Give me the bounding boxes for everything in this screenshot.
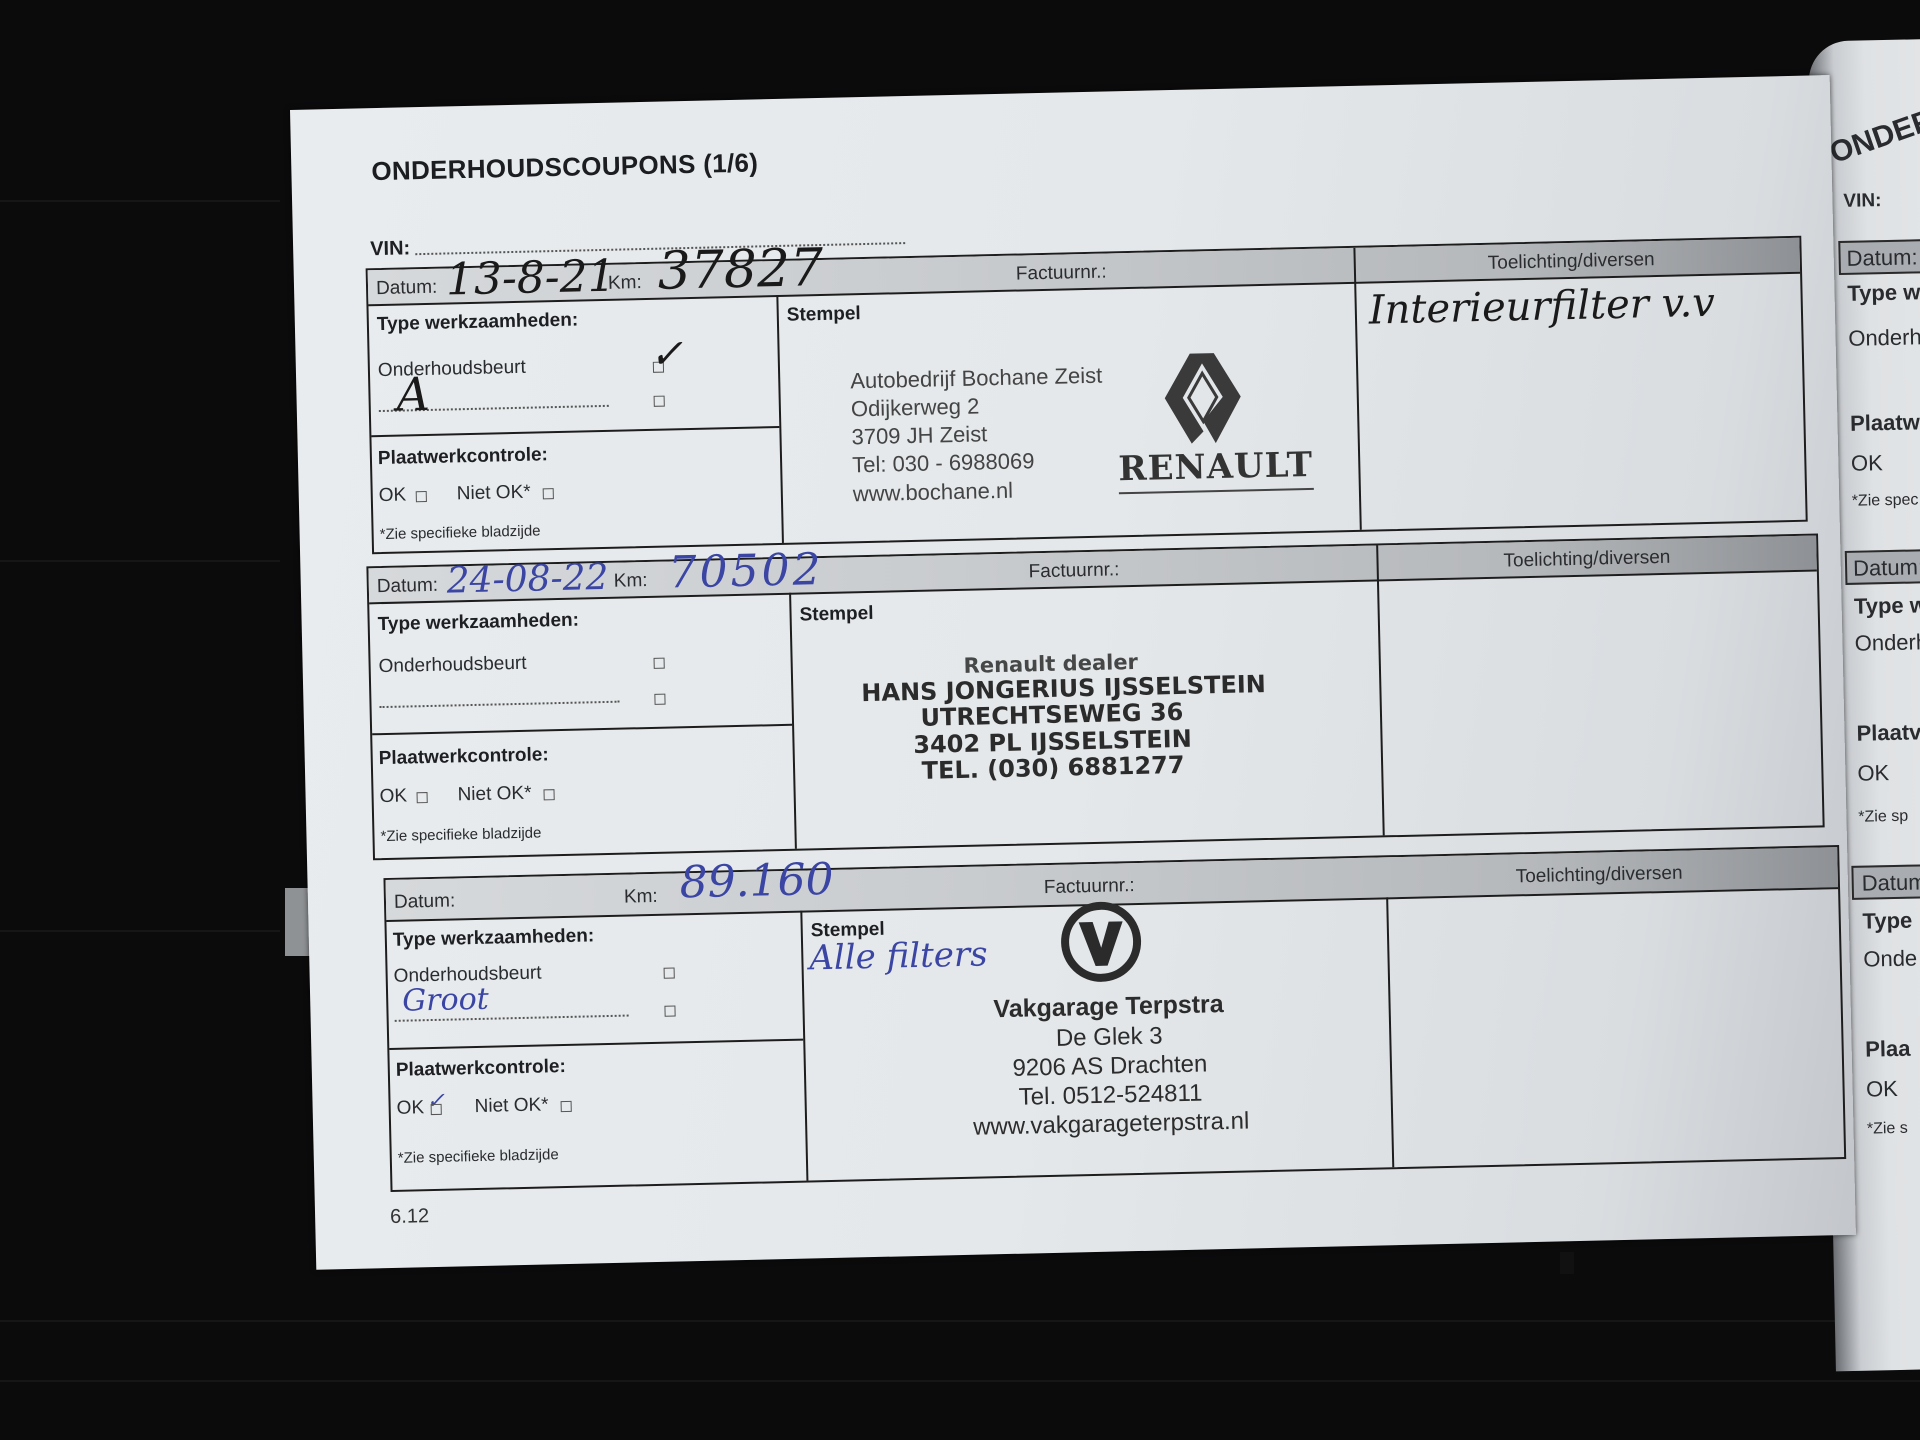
background-texture <box>0 930 280 932</box>
column-divider <box>1386 897 1394 1167</box>
background-texture <box>0 1380 1920 1382</box>
background-texture <box>0 1320 1920 1322</box>
km-label: Km: <box>614 570 648 593</box>
factuurnr-label: Factuurnr.: <box>1044 875 1135 899</box>
ok-label: OK <box>396 1097 424 1120</box>
km-value[interactable]: 37827 <box>657 238 824 302</box>
maintenance-coupon-page: ONDERHOUDSCOUPONS (1/6) VIN: Datum: Km: … <box>290 75 1856 1270</box>
dealer-stamp-bochane: Autobedrijf Bochane Zeist Odijkerweg 2 3… <box>850 362 1105 508</box>
vakgarage-v-icon <box>1058 899 1144 985</box>
niet-ok-checkbox[interactable] <box>561 1101 572 1112</box>
ok-checkbox[interactable] <box>417 792 428 803</box>
plaatwerkcontrole-label: Plaatwerkcontrole: <box>396 1056 566 1082</box>
next-page-fragment: Type we <box>1847 279 1920 307</box>
factuurnr-label: Factuurnr.: <box>1016 262 1107 286</box>
column-divider <box>1376 545 1385 835</box>
next-page-fragment: Plaatv <box>1856 719 1920 746</box>
stempel-note: Alle filters <box>809 934 988 978</box>
niet-ok-label: Niet OK* <box>457 783 531 807</box>
next-page-fragment: Onderh <box>1854 629 1920 657</box>
row-divider <box>371 426 779 437</box>
next-page-fragment: Plaatwe <box>1850 409 1920 437</box>
vin-label: VIN: <box>370 237 411 261</box>
toelichting-label: Toelichting/diversen <box>1488 249 1655 275</box>
coupon-3: Datum: Km: Factuurnr.: Toelichting/diver… <box>383 845 1846 1192</box>
background-texture <box>0 200 280 202</box>
stempel-label: Stempel <box>787 303 861 327</box>
footnote: *Zie specifieke bladzijde <box>398 1146 559 1167</box>
km-value[interactable]: 70502 <box>668 544 824 599</box>
type-werkzaamheden-label: Type werkzaamheden: <box>393 925 595 952</box>
plaatwerkcontrole-label: Plaatwerkcontrole: <box>379 744 549 770</box>
datum-label: Datum: <box>377 575 439 598</box>
extra-work-value: Groot <box>402 982 489 1019</box>
dealer-stamp-jongerius: Renault dealer HANS JONGERIUS IJSSELSTEI… <box>861 649 1244 786</box>
next-page-fragment: Type <box>1862 908 1912 935</box>
renault-brand-text: RENAULT <box>1118 445 1314 494</box>
km-label: Km: <box>624 886 658 909</box>
next-page-fragment: Datum <box>1861 869 1920 896</box>
renault-diamond-icon <box>1162 350 1244 446</box>
km-value[interactable]: 89.160 <box>679 854 834 908</box>
footnote: *Zie specifieke bladzijde <box>379 522 540 543</box>
type-werkzaamheden-label: Type werkzaamheden: <box>377 610 579 637</box>
ok-label: OK <box>379 484 407 507</box>
onderhoudsbeurt-checkbox[interactable] <box>664 967 675 978</box>
extra-work-field[interactable] <box>380 701 620 708</box>
niet-ok-label: Niet OK* <box>474 1094 548 1118</box>
stamp-line: www.bochane.nl <box>853 474 1106 508</box>
extra-work-checkbox[interactable] <box>654 396 665 407</box>
ok-label: OK <box>379 786 407 809</box>
row-divider <box>372 724 792 736</box>
page-number: 6.12 <box>390 1205 429 1229</box>
factuurnr-label: Factuurnr.: <box>1028 559 1119 583</box>
checkmark-icon: ✓ <box>649 331 684 378</box>
toelichting-value[interactable]: Interieurfilter v.v <box>1368 280 1715 334</box>
row-divider <box>389 1039 803 1050</box>
page-title: ONDERHOUDSCOUPONS (1/6) <box>371 147 758 187</box>
column-divider <box>776 295 784 543</box>
next-page-fragment: Datum: <box>1853 554 1920 581</box>
next-page-fragment: *Zie spec <box>1852 491 1919 510</box>
stempel-label: Stempel <box>799 603 873 627</box>
onderhoudsbeurt-checkbox[interactable] <box>654 658 665 669</box>
datum-value[interactable]: 13-8-21 <box>445 251 616 306</box>
column-divider <box>800 911 808 1181</box>
extra-work-value: A <box>396 367 430 422</box>
page-edge-mark <box>1560 1252 1574 1274</box>
toelichting-label: Toelichting/diversen <box>1503 547 1670 573</box>
extra-work-checkbox[interactable] <box>664 1005 675 1016</box>
datum-label: Datum: <box>376 277 438 300</box>
coupon-1: Datum: Km: Factuurnr.: Toelichting/diver… <box>366 236 1808 555</box>
next-page-fragment: *Zie sp <box>1858 808 1908 827</box>
dealer-stamp-terpstra: Vakgarage Terpstra De Glek 3 9206 AS Dra… <box>948 988 1271 1143</box>
column-divider <box>1353 248 1361 530</box>
niet-ok-label: Niet OK* <box>457 482 531 506</box>
onderhoudsbeurt-label: Onderhoudsbeurt <box>378 653 526 678</box>
next-page-fragment: OK <box>1857 760 1889 787</box>
next-page-fragment: OK <box>1851 450 1883 477</box>
next-page-fragment: *Zie s <box>1867 1120 1908 1139</box>
next-page-fragment: Datum: <box>1846 244 1917 271</box>
type-werkzaamheden-label: Type werkzaamheden: <box>377 310 579 337</box>
next-page-title: ONDER <box>1826 103 1920 171</box>
next-page-vin: VIN: <box>1843 190 1881 213</box>
next-page-fragment: Type w <box>1854 592 1920 620</box>
extra-work-checkbox[interactable] <box>654 694 665 705</box>
next-page-fragment: OK <box>1866 1076 1898 1103</box>
background-texture <box>0 560 280 562</box>
ok-checkbox[interactable] <box>416 491 427 502</box>
datum-value[interactable]: 24-08-22 <box>446 557 609 602</box>
next-page-fragment: Plaa <box>1865 1036 1911 1063</box>
toelichting-label: Toelichting/diversen <box>1515 863 1682 889</box>
plaatwerkcontrole-label: Plaatwerkcontrole: <box>378 444 548 470</box>
next-page-fragment: Onde <box>1863 946 1917 973</box>
datum-label: Datum: <box>394 890 456 913</box>
footnote: *Zie specifieke bladzijde <box>380 824 541 845</box>
niet-ok-checkbox[interactable] <box>543 488 554 499</box>
column-divider <box>789 593 797 849</box>
next-page-fragment: Onderho <box>1848 324 1920 352</box>
ok-checkbox[interactable] <box>431 1104 442 1115</box>
stamp-line: Autobedrijf Bochane Zeist <box>850 362 1103 396</box>
stamp-line: www.vakgarageterpstra.nl <box>951 1106 1272 1143</box>
niet-ok-checkbox[interactable] <box>543 789 554 800</box>
coupon-2: Datum: Km: Factuurnr.: Toelichting/diver… <box>366 533 1824 860</box>
